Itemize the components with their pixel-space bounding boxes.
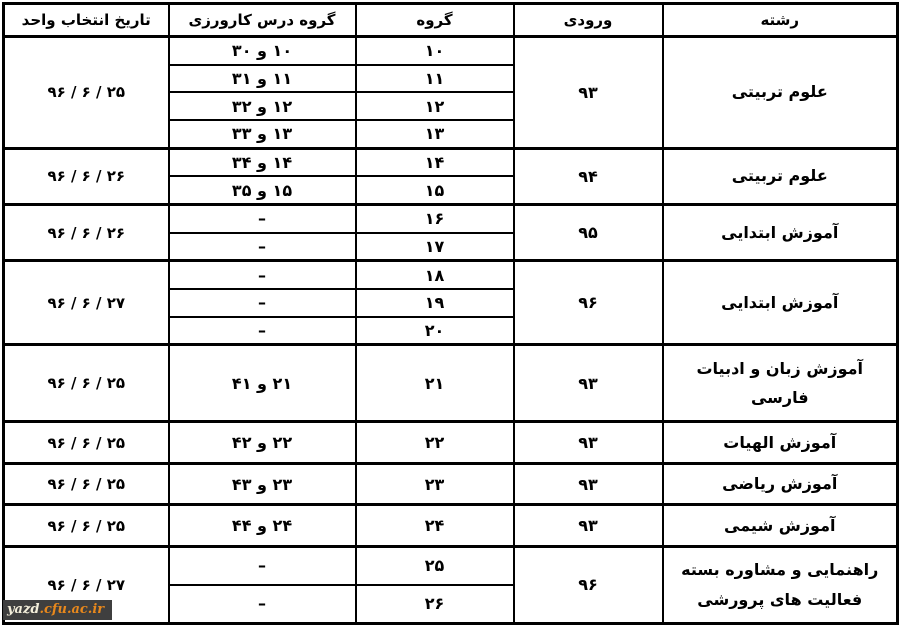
table-row: آموزش ابتدایی۹۶۱۸–۹۶ / ۶ / ۲۷	[4, 261, 898, 289]
field-cell: علوم تربیتی	[663, 148, 898, 204]
group-cell: ۲۳	[356, 463, 514, 505]
page: { "table": { "headers": [ { "key": "fiel…	[0, 0, 900, 629]
internship-cell: ۱۱ و ۳۱	[169, 65, 356, 93]
date-value: ۹۶ / ۶ / ۲۷	[47, 294, 125, 312]
group-cell: ۲۱	[356, 345, 514, 422]
internship-cell: –	[169, 233, 356, 261]
header-row: رشتهورودیگروهگروه درس کارورزیتاریخ انتخا…	[4, 4, 898, 37]
date-value: ۹۶ / ۶ / ۲۵	[47, 374, 125, 392]
date-cell: ۹۶ / ۶ / ۲۶	[4, 204, 169, 260]
group-cell: ۱۰	[356, 37, 514, 65]
field-cell: آموزش ریاضی	[663, 463, 898, 505]
date-cell: ۹۶ / ۶ / ۲۵	[4, 37, 169, 149]
header-group: گروه	[356, 4, 514, 37]
group-cell: ۱۱	[356, 65, 514, 93]
watermark: yazd.cfu.ac.ir	[3, 600, 112, 620]
entry-cell: ۹۳	[514, 37, 663, 149]
group-cell: ۱۳	[356, 120, 514, 148]
date-value: ۹۶ / ۶ / ۲۵	[47, 83, 125, 101]
field-cell: علوم تربیتی	[663, 37, 898, 149]
internship-cell: ۱۰ و ۳۰	[169, 37, 356, 65]
watermark-site-suffix: .cfu.ac.ir	[39, 602, 104, 617]
entry-cell: ۹۵	[514, 204, 663, 260]
group-cell: ۲۴	[356, 505, 514, 547]
internship-cell: ۱۵ و ۳۵	[169, 176, 356, 204]
table-row: آموزش الهیات۹۳۲۲۲۲ و ۴۲۹۶ / ۶ / ۲۵	[4, 422, 898, 464]
entry-cell: ۹۳	[514, 463, 663, 505]
group-cell: ۲۰	[356, 317, 514, 345]
internship-cell: –	[169, 317, 356, 345]
group-cell: ۲۲	[356, 422, 514, 464]
field-cell: آموزش شیمی	[663, 505, 898, 547]
internship-cell: ۱۲ و ۳۲	[169, 92, 356, 120]
date-cell: ۹۶ / ۶ / ۲۵	[4, 505, 169, 547]
group-cell: ۱۲	[356, 92, 514, 120]
group-cell: ۱۷	[356, 233, 514, 261]
internship-cell: –	[169, 204, 356, 232]
date-cell: ۹۶ / ۶ / ۲۷	[4, 261, 169, 345]
internship-cell: –	[169, 261, 356, 289]
internship-cell: ۲۴ و ۴۴	[169, 505, 356, 547]
date-value: ۹۶ / ۶ / ۲۵	[47, 517, 125, 535]
field-cell: آموزش ابتدایی	[663, 204, 898, 260]
group-cell: ۱۹	[356, 289, 514, 317]
date-value: ۹۶ / ۶ / ۲۶	[47, 224, 125, 242]
table-row: آموزش ریاضی۹۳۲۳۲۳ و ۴۳۹۶ / ۶ / ۲۵	[4, 463, 898, 505]
entry-cell: ۹۶	[514, 546, 663, 623]
group-cell: ۱۸	[356, 261, 514, 289]
internship-cell: –	[169, 585, 356, 624]
entry-cell: ۹۳	[514, 422, 663, 464]
internship-cell: ۲۲ و ۴۲	[169, 422, 356, 464]
group-cell: ۱۶	[356, 204, 514, 232]
group-cell: ۲۶	[356, 585, 514, 624]
header-date: تاریخ انتخاب واحد	[4, 4, 169, 37]
date-cell: ۹۶ / ۶ / ۲۵	[4, 463, 169, 505]
entry-cell: ۹۴	[514, 148, 663, 204]
date-cell: ۹۶ / ۶ / ۲۵	[4, 345, 169, 422]
field-cell: آموزش ابتدایی	[663, 261, 898, 345]
header-internship: گروه درس کارورزی	[169, 4, 356, 37]
entry-cell: ۹۶	[514, 261, 663, 345]
table-row: علوم تربیتی۹۴۱۴۱۴ و ۳۴۹۶ / ۶ / ۲۶	[4, 148, 898, 176]
date-cell: ۹۶ / ۶ / ۲۶	[4, 148, 169, 204]
field-cell: راهنمایی و مشاوره بسته فعالیت های پرورشی	[663, 546, 898, 623]
table-row: علوم تربیتی۹۳۱۰۱۰ و ۳۰۹۶ / ۶ / ۲۵	[4, 37, 898, 65]
date-cell: ۹۶ / ۶ / ۲۵	[4, 422, 169, 464]
internship-cell: ۲۳ و ۴۳	[169, 463, 356, 505]
date-value: ۹۶ / ۶ / ۲۷	[47, 576, 125, 594]
watermark-site-prefix: yazd	[7, 602, 39, 617]
header-entry: ورودی	[514, 4, 663, 37]
entry-cell: ۹۳	[514, 505, 663, 547]
internship-cell: –	[169, 289, 356, 317]
group-cell: ۲۵	[356, 546, 514, 585]
date-value: ۹۶ / ۶ / ۲۶	[47, 167, 125, 185]
table-row: آموزش زبان و ادبیات فارسی۹۳۲۱۲۱ و ۴۱۹۶ /…	[4, 345, 898, 422]
header-field: رشته	[663, 4, 898, 37]
table-row: آموزش ابتدایی۹۵۱۶–۹۶ / ۶ / ۲۶	[4, 204, 898, 232]
internship-cell: ۱۳ و ۳۳	[169, 120, 356, 148]
internship-cell: ۲۱ و ۴۱	[169, 345, 356, 422]
group-cell: ۱۵	[356, 176, 514, 204]
table-row: آموزش شیمی۹۳۲۴۲۴ و ۴۴۹۶ / ۶ / ۲۵	[4, 505, 898, 547]
course-groups-table: رشتهورودیگروهگروه درس کارورزیتاریخ انتخا…	[2, 2, 899, 625]
table-frame: رشتهورودیگروهگروه درس کارورزیتاریخ انتخا…	[2, 2, 899, 625]
internship-cell: ۱۴ و ۳۴	[169, 148, 356, 176]
group-cell: ۱۴	[356, 148, 514, 176]
date-value: ۹۶ / ۶ / ۲۵	[47, 434, 125, 452]
field-cell: آموزش الهیات	[663, 422, 898, 464]
internship-cell: –	[169, 546, 356, 585]
schedule-table-body: علوم تربیتی۹۳۱۰۱۰ و ۳۰۹۶ / ۶ / ۲۵۱۱۱۱ و …	[4, 37, 898, 624]
field-cell: آموزش زبان و ادبیات فارسی	[663, 345, 898, 422]
table-row: راهنمایی و مشاوره بسته فعالیت های پرورشی…	[4, 546, 898, 585]
entry-cell: ۹۳	[514, 345, 663, 422]
date-value: ۹۶ / ۶ / ۲۵	[47, 475, 125, 493]
